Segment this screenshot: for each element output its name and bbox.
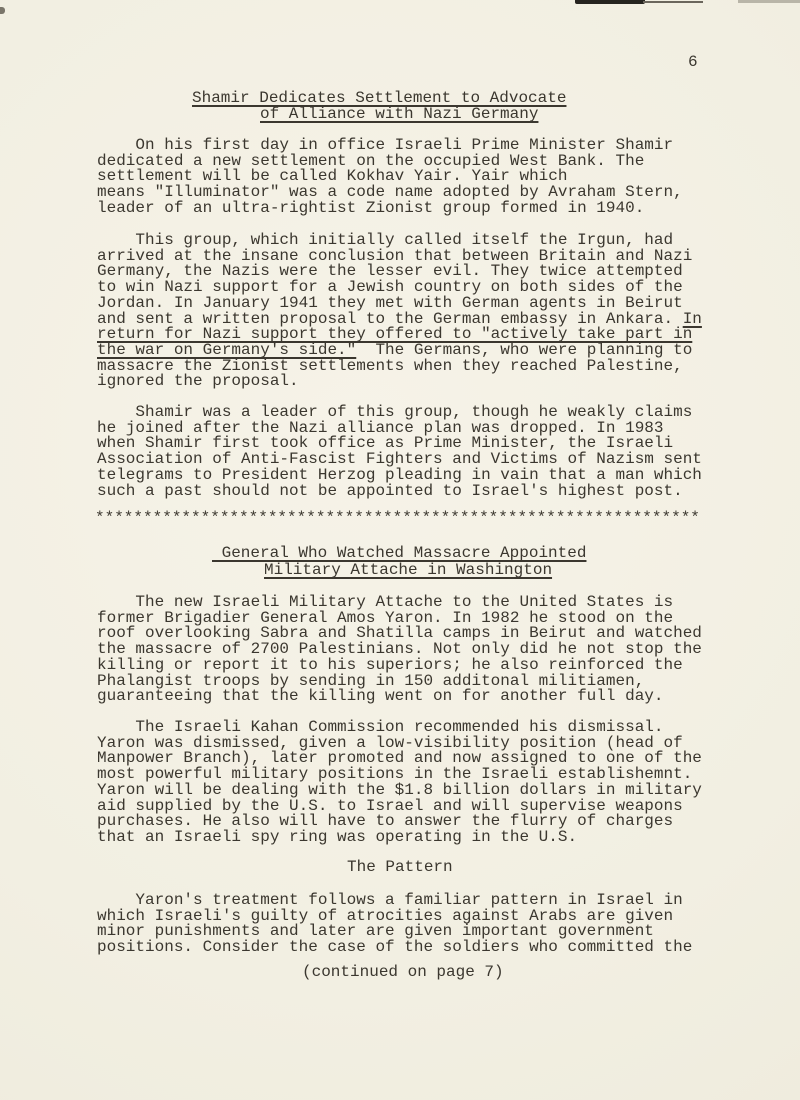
subheading-the-pattern: The Pattern (347, 860, 453, 876)
article1-paragraph-3: Shamir was a leader of this group, thoug… (97, 405, 702, 499)
article1-paragraph-1: On his first day in office Israeli Prime… (97, 138, 683, 217)
article2-paragraph-2: The Israeli Kahan Commission recommended… (97, 720, 702, 846)
scanned-document-page: 6 Shamir Dedicates Settlement to Advocat… (0, 0, 800, 1100)
page-number: 6 (688, 55, 698, 71)
article2-paragraph-1: The new Israeli Military Attache to the … (97, 595, 702, 705)
article1-title-line2-text: of Alliance with Nazi Germany (260, 105, 538, 123)
article1-paragraph-2-start: This group, which initially called itsel… (97, 231, 692, 328)
article1-title-line2: of Alliance with Nazi Germany (260, 107, 538, 123)
article1-paragraph-2: This group, which initially called itsel… (97, 233, 702, 390)
scan-artifact-edge-shadow (738, 0, 800, 3)
scan-artifact-dark-line (575, 0, 645, 4)
article2-title-line2: Military Attache in Washington (264, 563, 552, 579)
article2-title-line2-text: Military Attache in Washington (264, 561, 552, 579)
article2-title-line1-text: General Who Watched Massacre Appointed (212, 544, 586, 562)
scan-artifact-speck (0, 7, 5, 14)
continued-note: (continued on page 7) (302, 965, 504, 981)
article2-title-line1: General Who Watched Massacre Appointed (212, 546, 586, 562)
scan-artifact-thin-line (643, 1, 703, 3)
section-divider-asterisks: ****************************************… (95, 511, 700, 527)
article2-paragraph-3: Yaron's treatment follows a familiar pat… (97, 893, 692, 956)
